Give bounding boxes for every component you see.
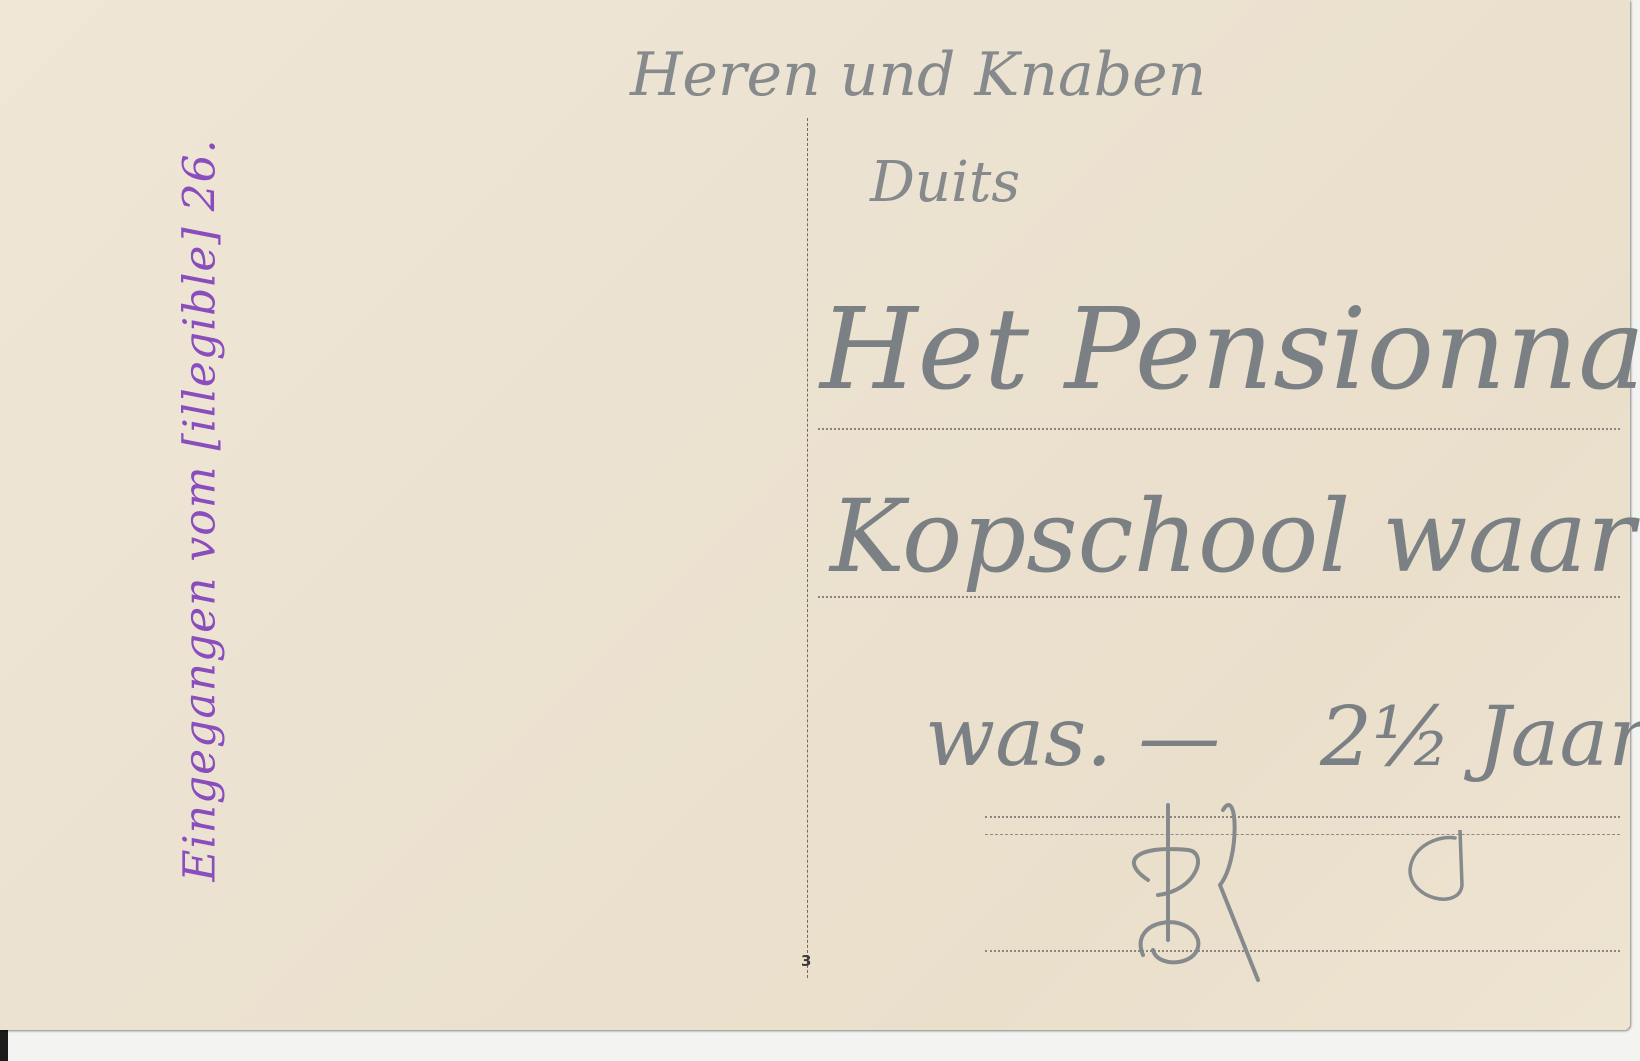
header-note-line1: Heren und Knaben bbox=[630, 40, 1206, 110]
address-line-2 bbox=[818, 596, 1620, 598]
postcard-back: Eingegangen vom [illegible] 26. 3 Heren … bbox=[0, 0, 1630, 1030]
address-line-1 bbox=[818, 428, 1620, 430]
center-divider-line bbox=[807, 118, 808, 978]
print-mark: 3 bbox=[801, 952, 811, 970]
address-line-3-underline bbox=[985, 834, 1620, 835]
message-line1: Het Pensionnat bbox=[820, 285, 1640, 415]
message-line3-b: 2½ Jaar bbox=[1320, 690, 1640, 785]
message-line3-a: was. — bbox=[925, 690, 1220, 785]
purple-ink-note: Eingegangen vom [illegible] 26. bbox=[175, 138, 226, 881]
address-line-4 bbox=[985, 950, 1620, 952]
message-line2: Kopschool waar ik bbox=[830, 478, 1640, 595]
signature-mark bbox=[1128, 790, 1298, 990]
address-line-3 bbox=[985, 816, 1620, 818]
header-note-line2: Duits bbox=[870, 150, 1020, 215]
scanner-edge bbox=[0, 1030, 8, 1061]
letter-j-descender bbox=[1400, 830, 1480, 910]
